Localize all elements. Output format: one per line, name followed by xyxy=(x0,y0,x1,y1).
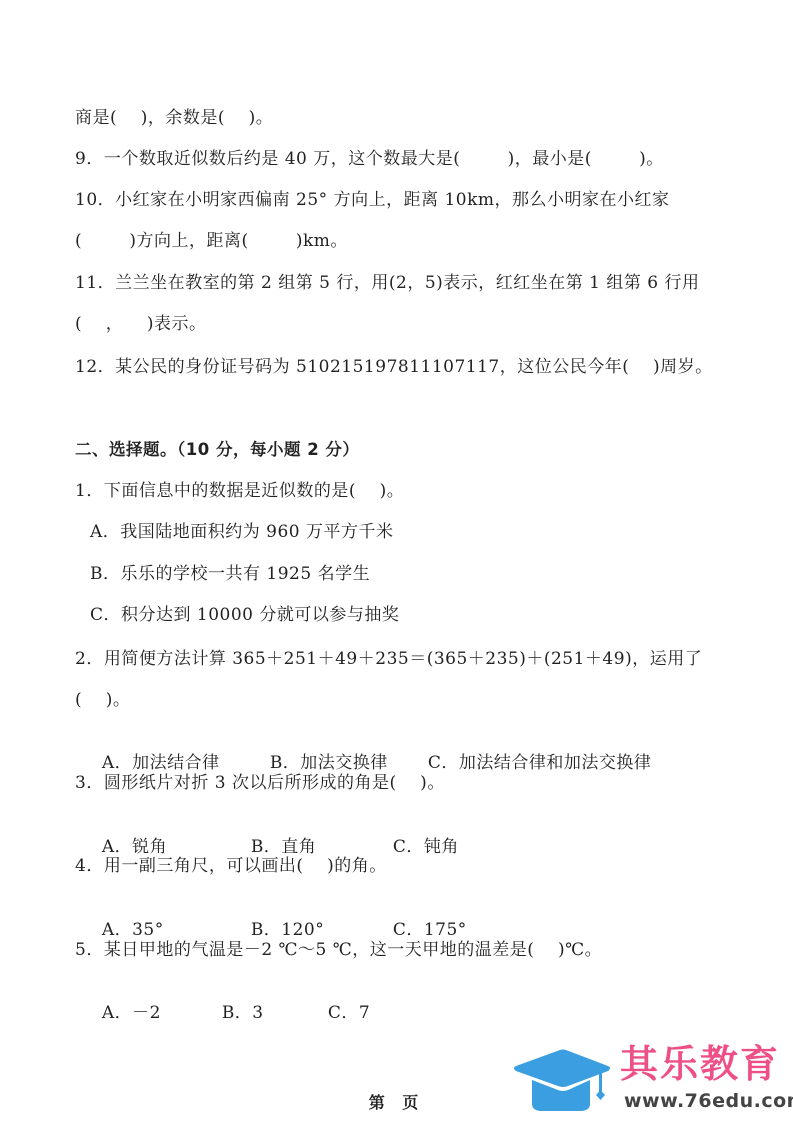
choice-q3-option-c: C．钝角 xyxy=(393,836,459,858)
choice-q4-option-c: C．175° xyxy=(393,919,467,941)
choice-q4-options: A．35°B．120°C．175° xyxy=(90,897,467,941)
choice-q1-option-c: C．积分达到 10000 分就可以参与抽奖 xyxy=(90,604,399,626)
choice-q5-stem: 5．某日甲地的气温是－2 ℃～5 ℃，这一天甲地的温差是( )℃。 xyxy=(75,939,602,961)
brand-title: 其乐教育 xyxy=(620,1042,780,1086)
choice-q5-options: A．－2B．3C．7 xyxy=(90,980,370,1024)
choice-q1-stem: 1．下面信息中的数据是近似数的是( )。 xyxy=(75,480,404,502)
choice-q5-option-a: A．－2 xyxy=(102,1002,222,1024)
q9-text: 9．一个数取近似数后约是 40 万，这个数最大是( )，最小是( )。 xyxy=(75,148,664,170)
q11-text-line1: 11．兰兰坐在教室的第 2 组第 5 行，用(2，5)表示，红红坐在第 1 组第… xyxy=(75,272,700,294)
choice-q2-stem-line2: ( )。 xyxy=(75,689,130,711)
q12-text: 12．某公民的身份证号码为 510215197811107117，这位公民今年(… xyxy=(75,356,713,378)
choice-q4-stem: 4．用一副三角尺，可以画出( )的角。 xyxy=(75,855,387,877)
brand-url: www.76edu.com xyxy=(624,1090,793,1112)
q10-text-line2: ( )方向上，距离( )km。 xyxy=(75,230,348,252)
choice-q2-option-c: C．加法结合律和加法交换律 xyxy=(428,752,652,774)
section-heading-choice: 二、选择题。（10 分，每小题 2 分） xyxy=(75,439,359,461)
choice-q4-option-b: B．120° xyxy=(251,919,393,941)
choice-q2-options: A．加法结合律B．加法交换律C．加法结合律和加法交换律 xyxy=(90,730,651,774)
brand-logo: 其乐教育 www.76edu.com xyxy=(510,1042,793,1118)
choice-q3-options: A．锐角B．直角C．钝角 xyxy=(90,814,459,858)
choice-q2-stem-line1: 2．用简便方法计算 365＋251＋49＋235＝(365＋235)＋(251＋… xyxy=(75,648,702,670)
choice-q2-option-b: B．加法交换律 xyxy=(270,752,428,774)
q11-text-line2: ( ， )表示。 xyxy=(75,313,207,335)
q10-text-line1: 10．小红家在小明家西偏南 25° 方向上，距离 10km，那么小明家在小红家 xyxy=(75,189,670,211)
choice-q4-option-a: A．35° xyxy=(102,919,251,941)
q8-continuation: 商是( )，余数是( )。 xyxy=(75,107,273,129)
choice-q5-option-b: B．3 xyxy=(222,1002,328,1024)
choice-q1-option-a: A．我国陆地面积约为 960 万平方千米 xyxy=(90,521,394,543)
choice-q3-stem: 3．圆形纸片对折 3 次以后所形成的角是( )。 xyxy=(75,772,445,794)
choice-q2-option-a: A．加法结合律 xyxy=(102,752,270,774)
graduation-cap-icon xyxy=(510,1046,616,1118)
choice-q5-option-c: C．7 xyxy=(328,1002,370,1024)
choice-q1-option-b: B．乐乐的学校一共有 1925 名学生 xyxy=(90,563,370,585)
